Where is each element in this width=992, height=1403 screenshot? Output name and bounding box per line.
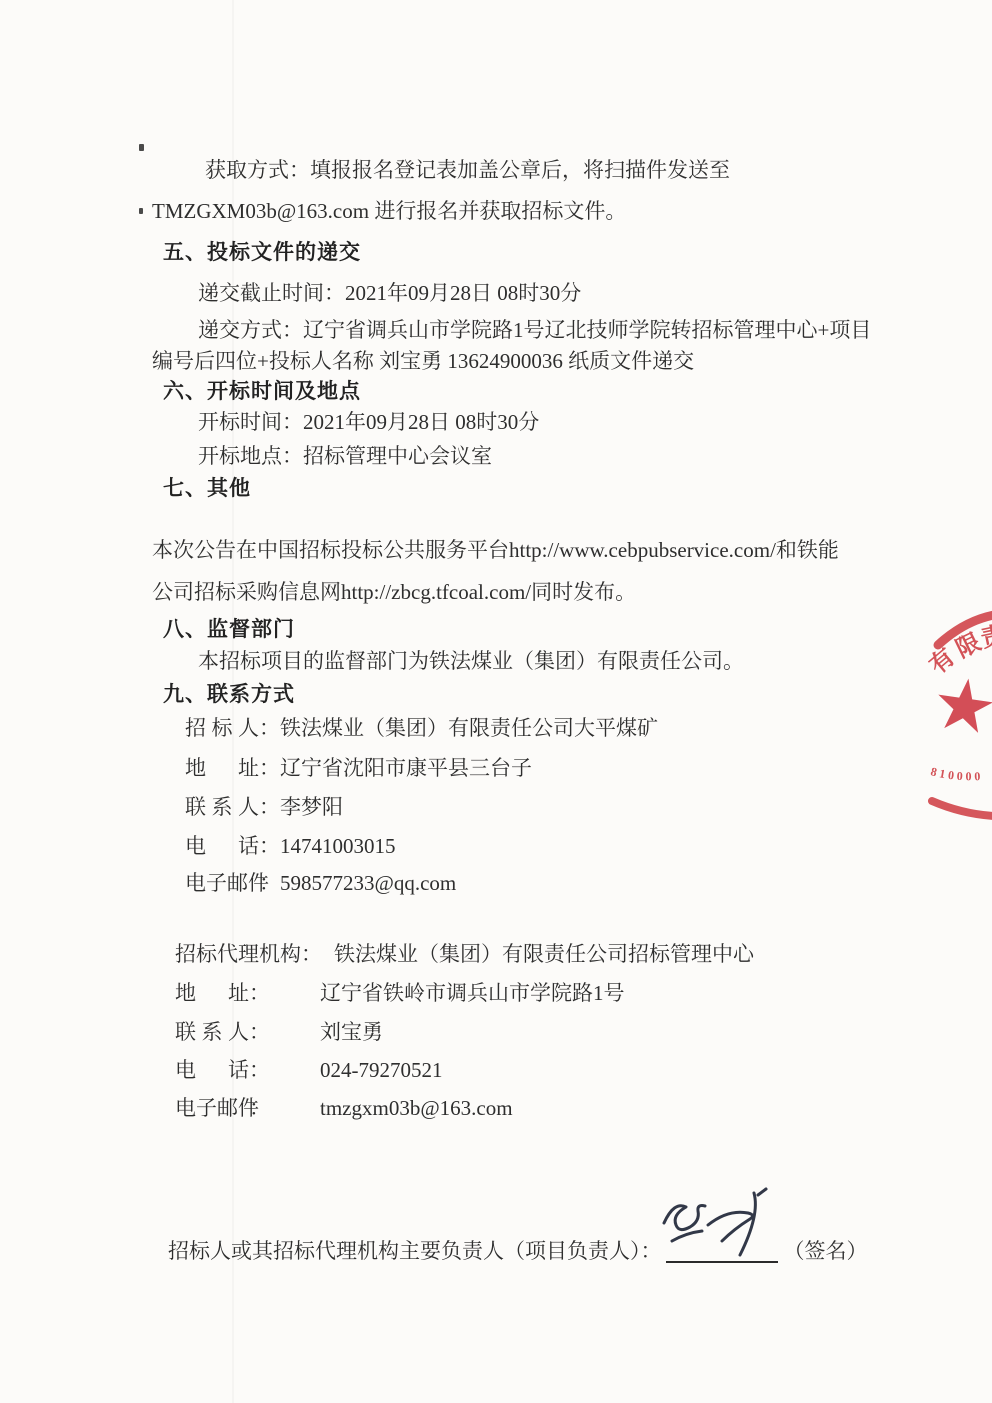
contact-value: 铁法煤业（集团）有限责任公司招标管理中心 <box>322 940 754 968</box>
signature-stroke <box>664 1206 705 1230</box>
tenderer-email-row: 电子邮件：598577233@qq.com <box>185 869 456 897</box>
contact-colon: ： <box>301 940 322 968</box>
seal-numbers-text: 810000 <box>929 764 983 783</box>
contact-label: 电子邮件 <box>175 1094 249 1122</box>
contact-value: 李梦阳 <box>280 793 343 821</box>
announcement-platform-line-2: 公司招标采购信息网http://zbcg.tfcoal.com/同时发布。 <box>152 578 636 606</box>
signature-stroke <box>672 1231 702 1241</box>
contact-colon: ： <box>259 832 280 860</box>
signature-row: 招标人或其招标代理机构主要负责人（项目负责人）： （签名） <box>168 1233 868 1265</box>
tenderer-row: 招 标 人：铁法煤业（集团）有限责任公司大平煤矿 <box>185 714 658 742</box>
seal-star-icon: ★ <box>928 662 992 750</box>
contact-label: 招 标 人 <box>185 714 259 742</box>
contact-value: tmzgxm03b@163.com <box>270 1094 513 1122</box>
agency-contact-person-row: 联 系 人：刘宝勇 <box>175 1018 383 1046</box>
signature-underline <box>666 1233 778 1263</box>
tenderer-contact-person-row: 联 系 人：李梦阳 <box>185 793 343 821</box>
section-8-heading: 八、监督部门 <box>163 615 295 643</box>
scan-speckle <box>139 208 143 214</box>
acquisition-method-line: 获取方式：填报报名登记表加盖公章后，将扫描件发送至 <box>205 156 730 184</box>
contact-colon: ： <box>249 979 270 1007</box>
agency-email-row: 电子邮件：tmzgxm03b@163.com <box>175 1094 513 1122</box>
contact-colon: ： <box>259 793 280 821</box>
section-7-heading: 七、其他 <box>163 474 251 502</box>
contact-value: 辽宁省沈阳市康平县三台子 <box>280 754 532 782</box>
submission-method-line-2: 编号后四位+投标人名称 刘宝勇 13624900036 纸质文件递交 <box>152 347 694 375</box>
agency-row: 招标代理机构：铁法煤业（集团）有限责任公司招标管理中心 <box>175 940 754 968</box>
contact-colon: ： <box>259 714 280 742</box>
contact-label: 联 系 人 <box>175 1018 249 1046</box>
contact-colon: ： <box>249 1056 270 1084</box>
seal-outer-arc-bottom <box>932 801 992 816</box>
submission-deadline-line: 递交截止时间：2021年09月28日 08时30分 <box>198 279 581 307</box>
contact-label: 招标代理机构 <box>175 940 301 968</box>
acquisition-email-line: TMZGXM03b@163.com 进行报名并获取招标文件。 <box>152 197 626 225</box>
contact-value: 598577233@qq.com <box>280 869 456 897</box>
contact-colon: ： <box>249 1094 270 1122</box>
submission-method-line-1: 递交方式：辽宁省调兵山市学院路1号辽北技师学院转招标管理中心+项目 <box>198 316 871 344</box>
announcement-platform-line-1: 本次公告在中国招标投标公共服务平台http://www.cebpubservic… <box>152 536 839 564</box>
contact-value: 铁法煤业（集团）有限责任公司大平煤矿 <box>280 714 658 742</box>
signature-stroke <box>708 1212 753 1241</box>
supervision-department-line: 本招标项目的监督部门为铁法煤业（集团）有限责任公司。 <box>198 647 744 675</box>
contact-colon: ： <box>249 1018 270 1046</box>
contact-label: 电子邮件 <box>185 869 259 897</box>
company-seal-stamp: 有 限 责 ★ 810000 <box>928 595 992 827</box>
contact-colon: ： <box>259 869 280 897</box>
section-9-heading: 九、联系方式 <box>163 680 295 708</box>
section-6-heading: 六、开标时间及地点 <box>163 377 361 405</box>
contact-value: 14741003015 <box>280 832 396 860</box>
scan-speckle <box>139 144 144 151</box>
agency-phone-row: 电 话：024-79270521 <box>175 1056 443 1084</box>
section-5-heading: 五、投标文件的递交 <box>163 238 361 266</box>
contact-colon: ： <box>259 754 280 782</box>
handwritten-signature <box>658 1189 818 1275</box>
document-page: 获取方式：填报报名登记表加盖公章后，将扫描件发送至 TMZGXM03b@163.… <box>0 0 992 1403</box>
signature-stroke <box>758 1189 766 1195</box>
contact-label: 电 话 <box>185 832 259 860</box>
signature-label: 招标人或其招标代理机构主要负责人（项目负责人）： <box>168 1237 662 1265</box>
contact-value: 刘宝勇 <box>270 1018 383 1046</box>
contact-label: 联 系 人 <box>185 793 259 821</box>
contact-label: 地 址 <box>185 754 259 782</box>
contact-value: 辽宁省铁岭市调兵山市学院路1号 <box>270 979 625 1007</box>
tenderer-address-row: 地 址：辽宁省沈阳市康平县三台子 <box>185 754 532 782</box>
agency-address-row: 地 址：辽宁省铁岭市调兵山市学院路1号 <box>175 979 625 1007</box>
tenderer-phone-row: 电 话：14741003015 <box>185 832 396 860</box>
contact-label: 电 话 <box>175 1056 249 1084</box>
contact-label: 地 址 <box>175 979 249 1007</box>
seal-numbers: 810000 <box>929 764 983 783</box>
bid-opening-time-line: 开标时间：2021年09月28日 08时30分 <box>198 408 539 436</box>
bid-opening-place-line: 开标地点：招标管理中心会议室 <box>198 442 492 470</box>
contact-value: 024-79270521 <box>270 1056 443 1084</box>
